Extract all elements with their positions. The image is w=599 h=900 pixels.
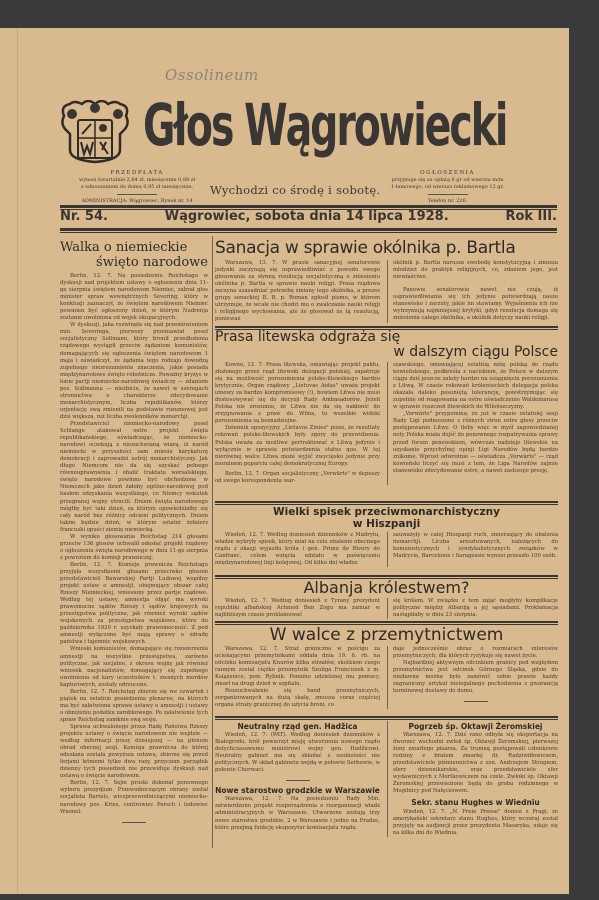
article-title-zeromska: Pogrzeb śp. Oktawji Żeromskiej bbox=[393, 723, 558, 730]
issue-place-date: Wągrowiec, sobota dnia 14 lipca 1928. bbox=[165, 209, 449, 224]
subscription-line-1: wynosi kwartalnie 2,64 zł, miesięcznie 0… bbox=[72, 177, 202, 184]
article-body-hughes: Wiedeń, 12. 7. „N. Freie Presse" donosi … bbox=[393, 809, 558, 837]
article-body-zeromska: Warszawa, 12. 7. Dziś rano odbyła się ek… bbox=[393, 732, 558, 795]
article-title: Wielki spisek przeciwmonarchistyczny bbox=[215, 506, 558, 518]
paragraph: Berlin, 12. 7. Sejm pruski dokonał ponow… bbox=[60, 780, 208, 815]
end-rule bbox=[122, 822, 146, 823]
article-title-line-2: w Hiszpanji bbox=[215, 518, 558, 530]
article-column: szawskiego, omawiającej ostatnią notę po… bbox=[387, 362, 558, 485]
article-column: okólnik p. Bartla narusza swobodę konsty… bbox=[387, 260, 558, 323]
coat-of-arms-icon bbox=[60, 100, 130, 164]
article-title-starostwo: Nowe starostwo grodzkie w Warszawie bbox=[215, 787, 380, 794]
article-column: Warszawa, 13. 7. W prasie sanacyjnej sen… bbox=[215, 260, 380, 323]
article-title-line-2: święto narodowe bbox=[60, 255, 208, 270]
administration-address: ADMINISTRACJA: Wągrowiec, Rynek nr. 14 bbox=[72, 198, 202, 205]
issue-number: Nr. 54. bbox=[60, 209, 108, 224]
article-title-hadzic: Neutralny rząd gen. Hadžica bbox=[215, 723, 380, 730]
ads-line-1: przyjmuje się za opłatą 6 gr od wiersza … bbox=[385, 177, 510, 184]
article-sanacja: Sanacja w sprawie okólnika p. Bartla War… bbox=[215, 238, 558, 323]
article-prasa-litewska: Prasa litewska odgraża się w dalszym cią… bbox=[215, 330, 558, 485]
article-title: Prasa litewska odgraża się bbox=[215, 330, 558, 345]
article-body-starostwo: Warszawa, 12. 7. Na posiedzeniu Rady Min… bbox=[215, 796, 380, 831]
article-spisek: Wielki spisek przeciwmonarchistyczny w H… bbox=[215, 506, 558, 567]
article-column: Kowno, 12. 7. Prasa litewska, omawiając … bbox=[215, 362, 380, 485]
advertising-info: OGŁOSZENIA przyjmuje się za opłatą 6 gr … bbox=[385, 170, 510, 205]
end-rule bbox=[286, 780, 310, 781]
ads-heading: OGŁOSZENIA bbox=[385, 170, 510, 177]
article-walka: Walka o niemieckie święto narodowe Berli… bbox=[60, 238, 208, 829]
newspaper-page: Ossolineum Głos Wągrowiecki PRZEDPŁATA w… bbox=[0, 28, 569, 894]
library-stamp: Ossolineum bbox=[165, 66, 259, 84]
article-przemytnictwo: W walce z przemytnictwem Warszawa, 12. 7… bbox=[215, 625, 558, 709]
article-title-hughes: Sekr. stanu Hughes w Wiedniu bbox=[393, 799, 558, 806]
article-title: Walka o niemieckie bbox=[60, 240, 208, 255]
subscription-line-2: z odnoszeniem do domu 0,95 zł miesięczni… bbox=[72, 184, 202, 191]
header-rule-bottom bbox=[60, 228, 557, 233]
page-fold-line bbox=[17, 28, 18, 894]
article-title-line-2: w dalszym ciągu Polsce bbox=[215, 345, 558, 360]
paragraph: Berlin, 12. 7. Reichstag zbierze się we … bbox=[60, 689, 208, 724]
section-rule bbox=[215, 501, 558, 505]
issue-year: Rok III. bbox=[505, 209, 557, 224]
ads-line-2: 1-łamowego, od wiersza reklamowego 12 gr… bbox=[385, 184, 510, 191]
article-column: zauważyły w całej Hiszpanji ruch, zmierz… bbox=[387, 532, 558, 567]
article-body: Berlin, 12. 7. Na posiedzeniu Reichstagu… bbox=[60, 273, 208, 823]
article-albanja: Albanja królestwem? Wiedeń, 12. 7. Wedłu… bbox=[215, 579, 558, 619]
phone-number: Telefon nr. 226. bbox=[385, 198, 510, 205]
newspaper-title: Głos Wągrowiecki bbox=[143, 90, 506, 160]
article-column: Neutralny rząd gen. Hadžica Wiedeń, 12. … bbox=[215, 721, 380, 837]
article-column: daje jednocześnie obraz o rozmiarach int… bbox=[387, 646, 558, 709]
article-column: Warszawa, 12. 7. Straż graniczna w pości… bbox=[215, 646, 380, 709]
article-title: Albanja królestwem? bbox=[215, 579, 558, 597]
section-rule bbox=[215, 716, 558, 720]
paragraph: Przedstawiciel niemiecko-narodowy poseł … bbox=[60, 421, 208, 534]
article-column: Wiedeń, 12. 7. Według doniesień z Tyrany… bbox=[215, 598, 380, 619]
issue-info-bar: Nr. 54. Wągrowiec, sobota dnia 14 lipca … bbox=[60, 209, 557, 224]
article-column: Pogrzeb śp. Oktawji Żeromskiej Warszawa,… bbox=[387, 721, 558, 837]
paragraph: Berlin, 12. 7. Na posiedzeniu Reichstagu… bbox=[60, 273, 208, 322]
paragraph: W dyskusji, jaka rozwinęła się nad przem… bbox=[60, 322, 208, 421]
column-divider bbox=[212, 236, 213, 848]
subscription-info: PRZEDPŁATA wynosi kwartalnie 2,64 zł, mi… bbox=[72, 170, 202, 205]
article-title: Sanacja w sprawie okólnika p. Bartla bbox=[215, 238, 558, 258]
end-rule bbox=[464, 701, 488, 702]
article-column: Wiedeń, 12. 7. Według doniesień dziennik… bbox=[215, 532, 380, 567]
subscription-heading: PRZEDPŁATA bbox=[72, 170, 202, 177]
paragraph: Berlin, 12. 7. Komisja prawnicza Reichst… bbox=[60, 562, 208, 647]
article-column: się królem. W związku z tem zająć mogłyb… bbox=[387, 598, 558, 619]
publication-schedule: Wychodzi co środę i sobotę. bbox=[210, 183, 380, 197]
paragraph: Wnioski komunistów, domagające się rozsz… bbox=[60, 646, 208, 688]
article-body-hadzic: Wiedeń, 12. 7. (PAT). Według doniesień d… bbox=[215, 732, 380, 774]
article-title: W walce z przemytnictwem bbox=[215, 625, 558, 645]
paragraph: Sprawa uchwalonego przez Radę Państwa Rz… bbox=[60, 724, 208, 780]
paragraph: W wyniku głosowania Reichstag 214 głosam… bbox=[60, 534, 208, 562]
bottom-news-block: Neutralny rząd gen. Hadžica Wiedeń, 12. … bbox=[215, 721, 558, 837]
